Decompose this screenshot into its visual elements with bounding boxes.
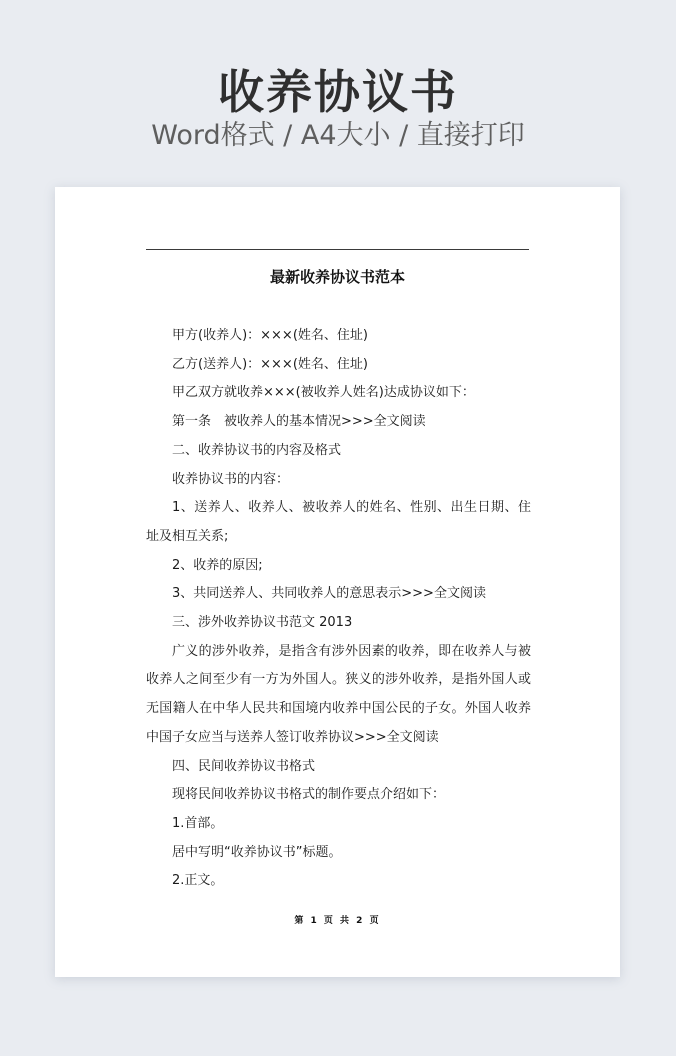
paragraph-party-a: 甲方(收养人)：×××(姓名、住址) xyxy=(146,322,531,351)
paragraph-foreign-adoption-link[interactable]: 广义的涉外收养，是指含有涉外因素的收养，即在收养人与被收养人之间至少有一方为外国… xyxy=(146,638,531,753)
document-body: 甲方(收养人)：×××(姓名、住址) 乙方(送养人)：×××(姓名、住址) 甲乙… xyxy=(146,322,531,896)
paragraph-format-intro: 现将民间收养协议书格式的制作要点介绍如下： xyxy=(146,781,531,810)
paragraph-contents-label: 收养协议书的内容： xyxy=(146,466,531,495)
paragraph-section-4-heading: 四、民间收养协议书格式 xyxy=(146,753,531,782)
paragraph-body-part: 2.正文。 xyxy=(146,867,531,896)
document-title: 最新收养协议书范本 xyxy=(55,266,620,288)
paragraph-agreement-intro: 甲乙双方就收养×××(被收养人姓名)达成协议如下： xyxy=(146,379,531,408)
paragraph-section-2-heading: 二、收养协议书的内容及格式 xyxy=(146,437,531,466)
paragraph-party-b: 乙方(送养人)：×××(姓名、住址) xyxy=(146,351,531,380)
document-page: 最新收养协议书范本 甲方(收养人)：×××(姓名、住址) 乙方(送养人)：×××… xyxy=(55,187,620,977)
paragraph-item-1: 1、送养人、收养人、被收养人的姓名、性别、出生日期、住址及相互关系; xyxy=(146,494,531,551)
paragraph-section-3-heading: 三、涉外收养协议书范文 2013 xyxy=(146,609,531,638)
paragraph-article-1-link[interactable]: 第一条 被收养人的基本情况>>>全文阅读 xyxy=(146,408,531,437)
paragraph-item-2: 2、收养的原因; xyxy=(146,552,531,581)
paragraph-title-instruction: 居中写明“收养协议书”标题。 xyxy=(146,839,531,868)
hero-title: 收养协议书 xyxy=(0,64,676,120)
paragraph-header-part: 1.首部。 xyxy=(146,810,531,839)
paragraph-item-3-link[interactable]: 3、共同送养人、共同收养人的意思表示>>>全文阅读 xyxy=(146,580,531,609)
header-divider xyxy=(146,249,529,250)
page-number: 第 1 页 共 2 页 xyxy=(55,914,620,928)
hero-subtitle: Word格式 / A4大小 / 直接打印 xyxy=(0,118,676,154)
